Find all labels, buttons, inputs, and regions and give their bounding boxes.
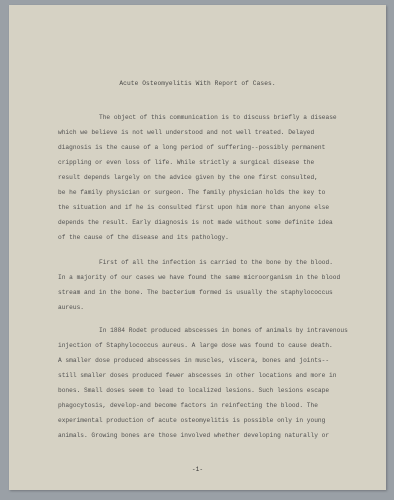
paragraph-2: First of all the infection is carried to… [58,255,358,315]
document-page: Acute Osteomyelitis With Report of Cases… [9,5,386,490]
text-line: aureus. [58,300,358,315]
text-line: crippling or even loss of life. While st… [58,155,358,170]
text-line: depends the result. Early diagnosis is n… [58,215,358,230]
document-title: Acute Osteomyelitis With Report of Cases… [9,80,386,87]
text-line: of the cause of the disease and its path… [58,230,358,245]
text-line: animals. Growing bones are those involve… [58,428,358,443]
text-line: experimental production of acute osteomy… [58,413,358,428]
text-line: be he family physician or surgeon. The f… [58,185,358,200]
text-line: diagnosis is the cause of a long period … [58,140,358,155]
text-line: A smaller dose produced abscesses in mus… [58,353,358,368]
text-line: the situation and if he is consulted fir… [58,200,358,215]
text-line: The object of this communication is to d… [58,110,358,125]
page-number: -1- [9,466,386,473]
text-line: phagocytosis, develop-and become factors… [58,398,358,413]
text-line: In a majority of our cases we have found… [58,270,358,285]
text-line: still smaller doses produced fewer absce… [58,368,358,383]
paragraph-1: The object of this communication is to d… [58,110,358,245]
paragraph-3: In 1884 Rodet produced abscesses in bone… [58,323,358,443]
text-line: which we believe is not well understood … [58,125,358,140]
text-line: First of all the infection is carried to… [58,255,358,270]
text-line: result depends largely on the advice giv… [58,170,358,185]
text-line: injection of Staphylococcus aureus. A la… [58,338,358,353]
text-line: stream and in the bone. The bacterium fo… [58,285,358,300]
text-line: bones. Small doses seem to lead to local… [58,383,358,398]
text-line: In 1884 Rodet produced abscesses in bone… [58,323,358,338]
